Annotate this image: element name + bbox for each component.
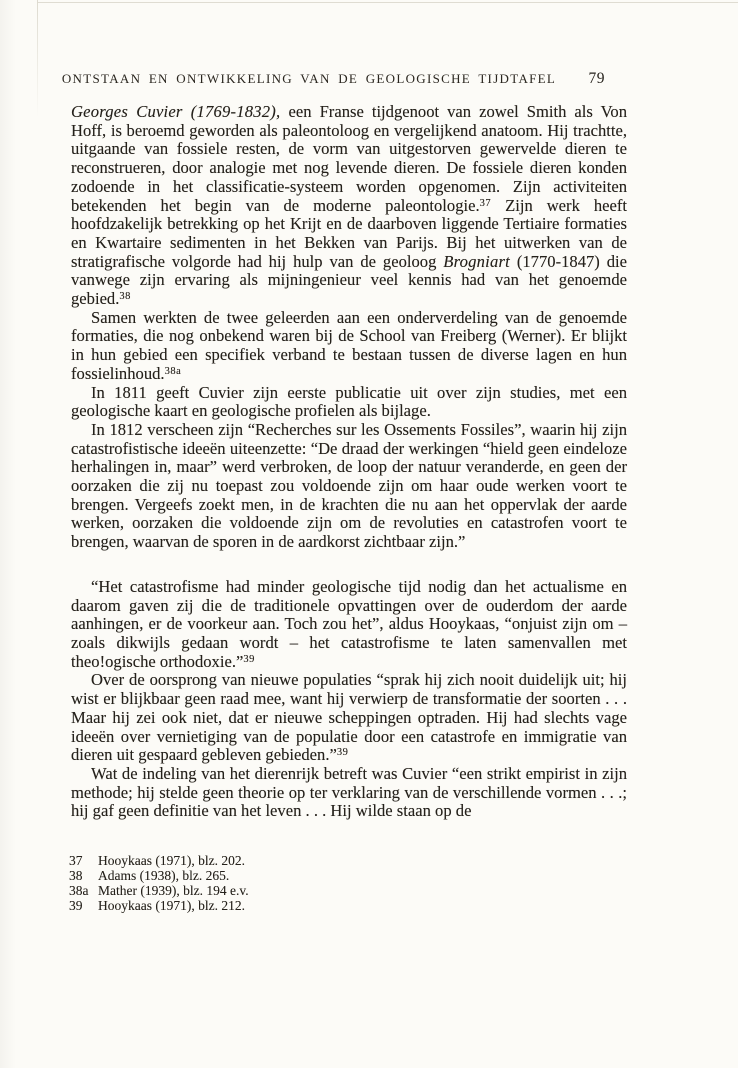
footnote-number: 39	[69, 898, 98, 913]
footnote-text: Hooykaas (1971), blz. 212.	[98, 898, 245, 913]
scan-top-edge-line	[37, 2, 738, 3]
scan-left-edge-line	[37, 0, 38, 118]
footnote-number: 37	[69, 853, 98, 868]
paragraph: Georges Cuvier (1769-1832), een Franse t…	[71, 103, 627, 309]
footnote-ref: 39	[337, 747, 349, 758]
body-text: Georges Cuvier (1769-1832), een Franse t…	[71, 103, 627, 821]
footnote-row: 38aMather (1939), blz. 194 e.v.	[69, 883, 589, 898]
text-segment: Wat de indeling van het dierenrijk betre…	[71, 764, 627, 820]
footnote-ref: 39	[243, 654, 255, 665]
footnote-row: 37Hooykaas (1971), blz. 202.	[69, 853, 589, 868]
footnote-ref: 38	[119, 291, 131, 302]
paragraph: Over de oorsprong van nieuwe populaties …	[71, 671, 627, 765]
running-title: ONTSTAAN EN ONTWIKKELING VAN DE GEOLOGIS…	[62, 71, 556, 87]
paragraph: Samen werkten de twee geleerden aan een …	[71, 309, 627, 384]
paragraph: In 1812 verscheen zijn “Recherches sur l…	[71, 421, 627, 552]
scan-left-edge-shadow	[0, 0, 16, 1068]
footnote-row: 38Adams (1938), blz. 265.	[69, 868, 589, 883]
text-segment: “Het catastrofisme had minder geologisch…	[71, 577, 627, 671]
text-segment: In 1812 verscheen zijn “Recherches sur l…	[71, 420, 627, 551]
page-header: ONTSTAAN EN ONTWIKKELING VAN DE GEOLOGIS…	[71, 71, 627, 91]
footnote-text: Mather (1939), blz. 194 e.v.	[98, 883, 249, 898]
text-segment-italic: Brogniart	[443, 252, 510, 271]
footnote-number: 38	[69, 868, 98, 883]
paragraph: Wat de indeling van het dierenrijk betre…	[71, 765, 627, 821]
page-number: 79	[589, 70, 606, 88]
footnote-number: 38a	[69, 883, 98, 898]
footnote-row: 39Hooykaas (1971), blz. 212.	[69, 898, 589, 913]
text-segment: Over de oorsprong van nieuwe populaties …	[71, 670, 627, 764]
text-segment: Samen werkten de twee geleerden aan een …	[71, 308, 627, 383]
footnotes: 37Hooykaas (1971), blz. 202.38Adams (193…	[69, 853, 589, 913]
footnote-ref: 38a	[165, 366, 182, 377]
paragraph: In 1811 geeft Cuvier zijn eerste publica…	[71, 384, 627, 421]
book-page: ONTSTAAN EN ONTWIKKELING VAN DE GEOLOGIS…	[0, 0, 738, 1068]
footnote-text: Adams (1938), blz. 265.	[98, 868, 229, 883]
paragraph: “Het catastrofisme had minder geologisch…	[71, 578, 627, 672]
footnote-text: Hooykaas (1971), blz. 202.	[98, 853, 245, 868]
footnote-ref: 37	[480, 198, 492, 209]
text-segment-italic: Georges Cuvier (1769-1832),	[71, 102, 289, 121]
text-segment: In 1811 geeft Cuvier zijn eerste publica…	[71, 383, 627, 421]
